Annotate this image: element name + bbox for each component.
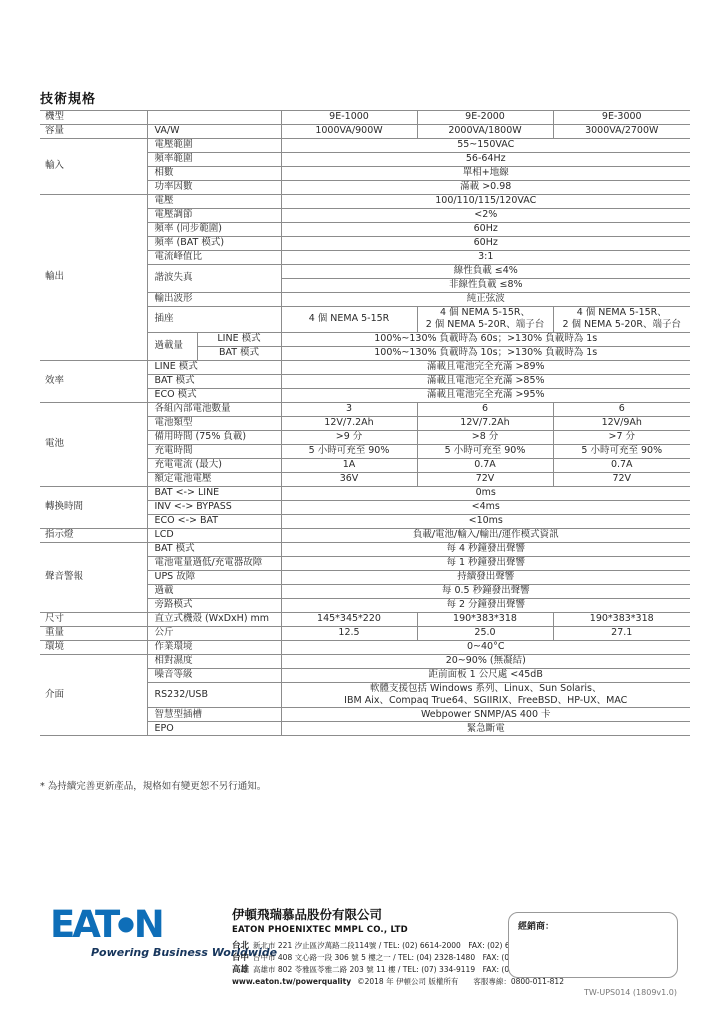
spec-label-cell: 輸出波形 — [147, 293, 281, 307]
spec-label-cell: BAT <-> LINE — [147, 486, 281, 500]
spec-value-cell: 72V — [553, 472, 690, 486]
spec-value-cell: <4ms — [281, 500, 690, 514]
spec-value-cell: 60Hz — [281, 237, 690, 251]
spec-label-cell: 相數 — [147, 167, 281, 181]
spec-group-cell: 聲音警報 — [40, 542, 147, 612]
spec-label-cell: BAT 模式 — [147, 374, 281, 388]
spec-table: 機型9E-10009E-20009E-3000容量VA/W1000VA/900W… — [40, 110, 690, 736]
spec-label-cell: 公斤 — [147, 626, 281, 640]
company-name-zh: 伊頓飛瑞慕品股份有限公司 — [232, 905, 502, 923]
spec-group-cell: 尺寸 — [40, 612, 147, 626]
address-city: 台中 — [232, 953, 249, 963]
spec-label-cell: 直立式機殼 (WxDxH) mm — [147, 612, 281, 626]
spec-label-cell: 額定電池電壓 — [147, 472, 281, 486]
spec-group-cell: 環境 — [40, 640, 147, 654]
spec-row: 輸出電壓100/110/115/120VAC — [40, 195, 690, 209]
spec-value-cell: 3000VA/2700W — [553, 125, 690, 139]
spec-row: 機型9E-10009E-20009E-3000 — [40, 111, 690, 125]
spec-value-cell: 55~150VAC — [281, 139, 690, 153]
spec-label-cell: 電壓 — [147, 195, 281, 209]
spec-value-cell: 9E-3000 — [553, 111, 690, 125]
spec-label-cell: 過載量 — [147, 332, 197, 360]
spec-label-cell: UPS 故障 — [147, 570, 281, 584]
spec-value-cell: 100%~130% 負載時為 10s；>130% 負載時為 1s — [281, 346, 690, 360]
spec-label-cell: 過載 — [147, 584, 281, 598]
spec-label-cell: 電池電量過低/充電器故障 — [147, 556, 281, 570]
spec-group-cell: 介面 — [40, 654, 147, 736]
spec-label-cell: 頻率範圍 — [147, 153, 281, 167]
spec-value-cell: 190*383*318 — [417, 612, 553, 626]
spec-sublabel-cell: BAT 模式 — [197, 346, 281, 360]
spec-value-cell: 負載/電池/輸入/輸出/運作模式資訊 — [281, 528, 690, 542]
website-url: www.eaton.tw/powerquality — [232, 977, 351, 986]
copyright-text: ©2018 年 伊頓公司 版權所有 客服專線：0800-011-812 — [357, 977, 564, 986]
spec-value-cell: 5 小時可充至 90% — [553, 444, 690, 458]
address-city: 台北 — [232, 941, 249, 951]
address-line: 台中台中市 408 文心路一段 306 號 5 樓之一 / TEL: (04) … — [232, 952, 502, 964]
eaton-logo: EAT●N — [50, 906, 162, 943]
spec-label-cell: 相對濕度 — [147, 654, 281, 668]
spec-value-cell: 12V/9Ah — [553, 416, 690, 430]
spec-value-cell: 5 小時可充至 90% — [417, 444, 553, 458]
spec-value-cell: 36V — [281, 472, 417, 486]
spec-value-cell: 9E-2000 — [417, 111, 553, 125]
spec-label-cell: 旁路模式 — [147, 598, 281, 612]
spec-value-cell: <2% — [281, 209, 690, 223]
spec-value-cell: 非線性負載 ≤8% — [281, 279, 690, 293]
spec-value-cell: 每 1 秒鐘發出聲響 — [281, 556, 690, 570]
spec-value-cell: 25.0 — [417, 626, 553, 640]
spec-row: 指示燈LCD負載/電池/輸入/輸出/運作模式資訊 — [40, 528, 690, 542]
spec-value-cell: 6 — [417, 402, 553, 416]
spec-value-cell: 線性負載 ≤4% — [281, 265, 690, 279]
spec-value-cell: 4 個 NEMA 5-15R、 2 個 NEMA 5-20R、端子台 — [417, 307, 553, 333]
spec-value-cell: 4 個 NEMA 5-15R、 2 個 NEMA 5-20R、端子台 — [553, 307, 690, 333]
spec-label-cell: 功率因數 — [147, 181, 281, 195]
spec-label-cell — [147, 111, 281, 125]
spec-row: 轉換時間BAT <-> LINE0ms — [40, 486, 690, 500]
address-line: 高雄高雄市 802 苓雅區苓雅二路 203 號 11 樓 / TEL: (07)… — [232, 964, 502, 976]
spec-row: 環境作業環境0~40°C — [40, 640, 690, 654]
spec-value-cell: 12V/7.2Ah — [281, 416, 417, 430]
spec-group-cell: 電池 — [40, 402, 147, 486]
spec-group-cell: 輸入 — [40, 139, 147, 195]
spec-group-cell: 指示燈 — [40, 528, 147, 542]
spec-value-cell: 每 4 秒鐘發出聲響 — [281, 542, 690, 556]
spec-label-cell: 噪音等級 — [147, 668, 281, 682]
spec-value-cell: 72V — [417, 472, 553, 486]
spec-value-cell: >7 分 — [553, 430, 690, 444]
spec-sublabel-cell: LINE 模式 — [197, 332, 281, 346]
spec-value-cell: 20~90% (無凝結) — [281, 654, 690, 668]
spec-group-cell: 轉換時間 — [40, 486, 147, 528]
spec-row: 尺寸直立式機殼 (WxDxH) mm145*345*220190*383*318… — [40, 612, 690, 626]
spec-value-cell: 持續發出聲響 — [281, 570, 690, 584]
spec-value-cell: Webpower SNMP/AS 400 卡 — [281, 708, 690, 722]
address-text: 新北市 221 汐止區汐萬路二段114號 / TEL: (02) 6614-20… — [253, 941, 546, 950]
spec-group-cell: 容量 — [40, 125, 147, 139]
spec-value-cell: 27.1 — [553, 626, 690, 640]
spec-value-cell: 0~40°C — [281, 640, 690, 654]
spec-value-cell: 單相+地線 — [281, 167, 690, 181]
spec-value-cell: 4 個 NEMA 5-15R — [281, 307, 417, 333]
spec-value-cell: 滿載 >0.98 — [281, 181, 690, 195]
spec-value-cell: 6 — [553, 402, 690, 416]
spec-row: 容量VA/W1000VA/900W2000VA/1800W3000VA/2700… — [40, 125, 690, 139]
spec-value-cell: 1000VA/900W — [281, 125, 417, 139]
spec-label-cell: 電池類型 — [147, 416, 281, 430]
spec-row: 電池各組內部電池數量366 — [40, 402, 690, 416]
spec-group-cell: 機型 — [40, 111, 147, 125]
dealer-box: 經銷商： — [508, 912, 678, 978]
dealer-label: 經銷商： — [509, 913, 677, 932]
address-lines: 台北新北市 221 汐止區汐萬路二段114號 / TEL: (02) 6614-… — [232, 940, 502, 976]
spec-value-cell: 滿載且電池完全充滿 >85% — [281, 374, 690, 388]
spec-label-cell: 充電時間 — [147, 444, 281, 458]
spec-value-cell: 每 0.5 秒鐘發出聲響 — [281, 584, 690, 598]
spec-label-cell: RS232/USB — [147, 682, 281, 708]
spec-label-cell: 各組內部電池數量 — [147, 402, 281, 416]
web-line: www.eaton.tw/powerquality©2018 年 伊頓公司 版權… — [232, 976, 502, 988]
spec-label-cell: 電壓調節 — [147, 209, 281, 223]
spec-value-cell: 2000VA/1800W — [417, 125, 553, 139]
spec-value-cell: 3:1 — [281, 251, 690, 265]
spec-label-cell: 插座 — [147, 307, 281, 333]
spec-label-cell: ECO 模式 — [147, 388, 281, 402]
spec-label-cell: ECO <-> BAT — [147, 514, 281, 528]
address-line: 台北新北市 221 汐止區汐萬路二段114號 / TEL: (02) 6614-… — [232, 940, 502, 952]
company-name-en: EATON PHOENIXTEC MMPL CO., LTD — [232, 925, 502, 935]
spec-row: 重量公斤12.525.027.1 — [40, 626, 690, 640]
spec-value-cell: 滿載且電池完全充滿 >95% — [281, 388, 690, 402]
spec-value-cell: 190*383*318 — [553, 612, 690, 626]
spec-value-cell: 每 2 分鐘發出聲響 — [281, 598, 690, 612]
spec-label-cell: 智慧型插槽 — [147, 708, 281, 722]
spec-group-cell: 效率 — [40, 360, 147, 402]
spec-label-cell: VA/W — [147, 125, 281, 139]
spec-label-cell: 電流峰值比 — [147, 251, 281, 265]
spec-value-cell: 滿載且電池完全充滿 >89% — [281, 360, 690, 374]
spec-value-cell: 3 — [281, 402, 417, 416]
spec-label-cell: EPO — [147, 722, 281, 736]
eaton-logo-dot-icon: ● — [117, 911, 133, 935]
spec-label-cell: BAT 模式 — [147, 542, 281, 556]
spec-label-cell: 作業環境 — [147, 640, 281, 654]
spec-group-cell: 輸出 — [40, 195, 147, 361]
spec-label-cell: 頻率 (同步範圍) — [147, 223, 281, 237]
footnote: * 為持續完善更新產品，規格如有變更恕不另行通知。 — [40, 778, 266, 792]
spec-value-cell: 5 小時可充至 90% — [281, 444, 417, 458]
spec-value-cell: 56-64Hz — [281, 153, 690, 167]
spec-value-cell: 12.5 — [281, 626, 417, 640]
spec-value-cell: 純正弦波 — [281, 293, 690, 307]
spec-value-cell: 緊急斷電 — [281, 722, 690, 736]
spec-value-cell: >8 分 — [417, 430, 553, 444]
spec-value-cell: 距前面板 1 公尺處 <45dB — [281, 668, 690, 682]
spec-value-cell: 12V/7.2Ah — [417, 416, 553, 430]
doc-code: TW-UPS014 (1809v1.0) — [584, 988, 677, 997]
spec-value-cell: 1A — [281, 458, 417, 472]
spec-label-cell: 電壓範圍 — [147, 139, 281, 153]
spec-label-cell: 備用時間 (75% 負載) — [147, 430, 281, 444]
spec-value-cell: 9E-1000 — [281, 111, 417, 125]
spec-label-cell: LCD — [147, 528, 281, 542]
spec-value-cell: 軟體支援包括 Windows 系列、Linux、Sun Solaris、 IBM… — [281, 682, 690, 708]
spec-value-cell: 100/110/115/120VAC — [281, 195, 690, 209]
company-info: 伊頓飛瑞慕品股份有限公司 EATON PHOENIXTEC MMPL CO., … — [232, 905, 502, 988]
spec-label-cell: LINE 模式 — [147, 360, 281, 374]
spec-value-cell: 0.7A — [417, 458, 553, 472]
spec-value-cell: 145*345*220 — [281, 612, 417, 626]
address-city: 高雄 — [232, 965, 249, 975]
spec-label-cell: 諧波失真 — [147, 265, 281, 293]
spec-value-cell: >9 分 — [281, 430, 417, 444]
spec-label-cell: 頻率 (BAT 模式) — [147, 237, 281, 251]
spec-value-cell: 0.7A — [553, 458, 690, 472]
spec-row: 輸入電壓範圍55~150VAC — [40, 139, 690, 153]
spec-value-cell: 60Hz — [281, 223, 690, 237]
spec-row: 效率LINE 模式滿載且電池完全充滿 >89% — [40, 360, 690, 374]
page-title: 技術規格 — [40, 88, 96, 107]
spec-row: 聲音警報BAT 模式每 4 秒鐘發出聲響 — [40, 542, 690, 556]
spec-label-cell: INV <-> BYPASS — [147, 500, 281, 514]
spec-label-cell: 充電電流 (最大) — [147, 458, 281, 472]
spec-row: 介面相對濕度20~90% (無凝結) — [40, 654, 690, 668]
spec-value-cell: 0ms — [281, 486, 690, 500]
eaton-logo-text: EAT — [50, 903, 117, 946]
eaton-logo-text: N — [134, 903, 162, 946]
spec-group-cell: 重量 — [40, 626, 147, 640]
spec-value-cell: <10ms — [281, 514, 690, 528]
spec-value-cell: 100%~130% 負載時為 60s；>130% 負載時為 1s — [281, 332, 690, 346]
